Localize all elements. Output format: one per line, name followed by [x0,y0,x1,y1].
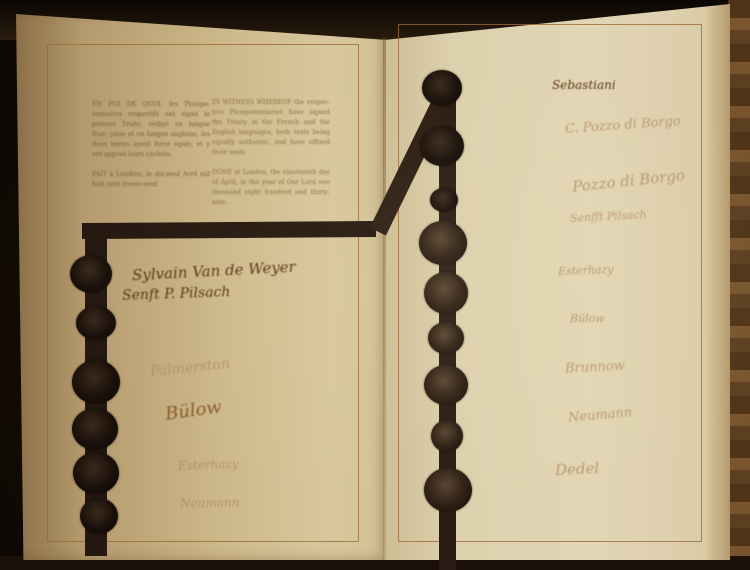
book-edge-right [728,0,750,570]
wax-seal-icon [73,452,119,494]
signature: Bülow [570,312,605,325]
wax-seal-icon [422,70,462,106]
signature: Sebastiani [552,78,616,92]
wax-seal-icon [80,498,118,534]
wax-seal-icon [431,420,463,452]
wax-seal-icon [430,188,458,212]
wax-seal-icon [424,365,468,405]
seal-ribbon-left-horizontal [82,221,376,239]
wax-seal-icon [428,322,464,354]
book-spine [383,38,386,560]
wax-seal-icon [76,306,116,340]
signature: Brunnow [565,358,626,376]
signature: Dedel [555,459,600,479]
wax-seal-icon [72,408,118,450]
wax-seal-icon [72,360,120,404]
signature: Esterhazy [178,457,239,473]
printed-text-french: EN FOI DE QUOI, les Plénipo- tentiaires … [92,100,210,200]
printed-paragraph: DONE at London, the nineteenth day of Ap… [212,168,330,208]
signature: Neumann [180,495,240,510]
printed-text-english: IN WITNESS WHEREOF the respec- tive Plen… [212,98,330,218]
wax-seal-icon [420,126,464,166]
printed-paragraph: EN FOI DE QUOI, les Plénipo- tentiaires … [92,100,210,160]
wax-seal-icon [70,255,112,293]
printed-paragraph: IN WITNESS WHEREOF the respec- tive Plen… [212,98,330,158]
wax-seal-icon [424,468,472,512]
wax-seal-icon [419,221,467,265]
signature: Esterhazy [558,263,614,278]
wax-seal-icon [424,272,468,314]
treaty-photograph: EN FOI DE QUOI, les Plénipo- tentiaires … [0,0,750,570]
printed-paragraph: FAIT à Londres, le dix-neuf Avril mil hu… [92,170,210,190]
